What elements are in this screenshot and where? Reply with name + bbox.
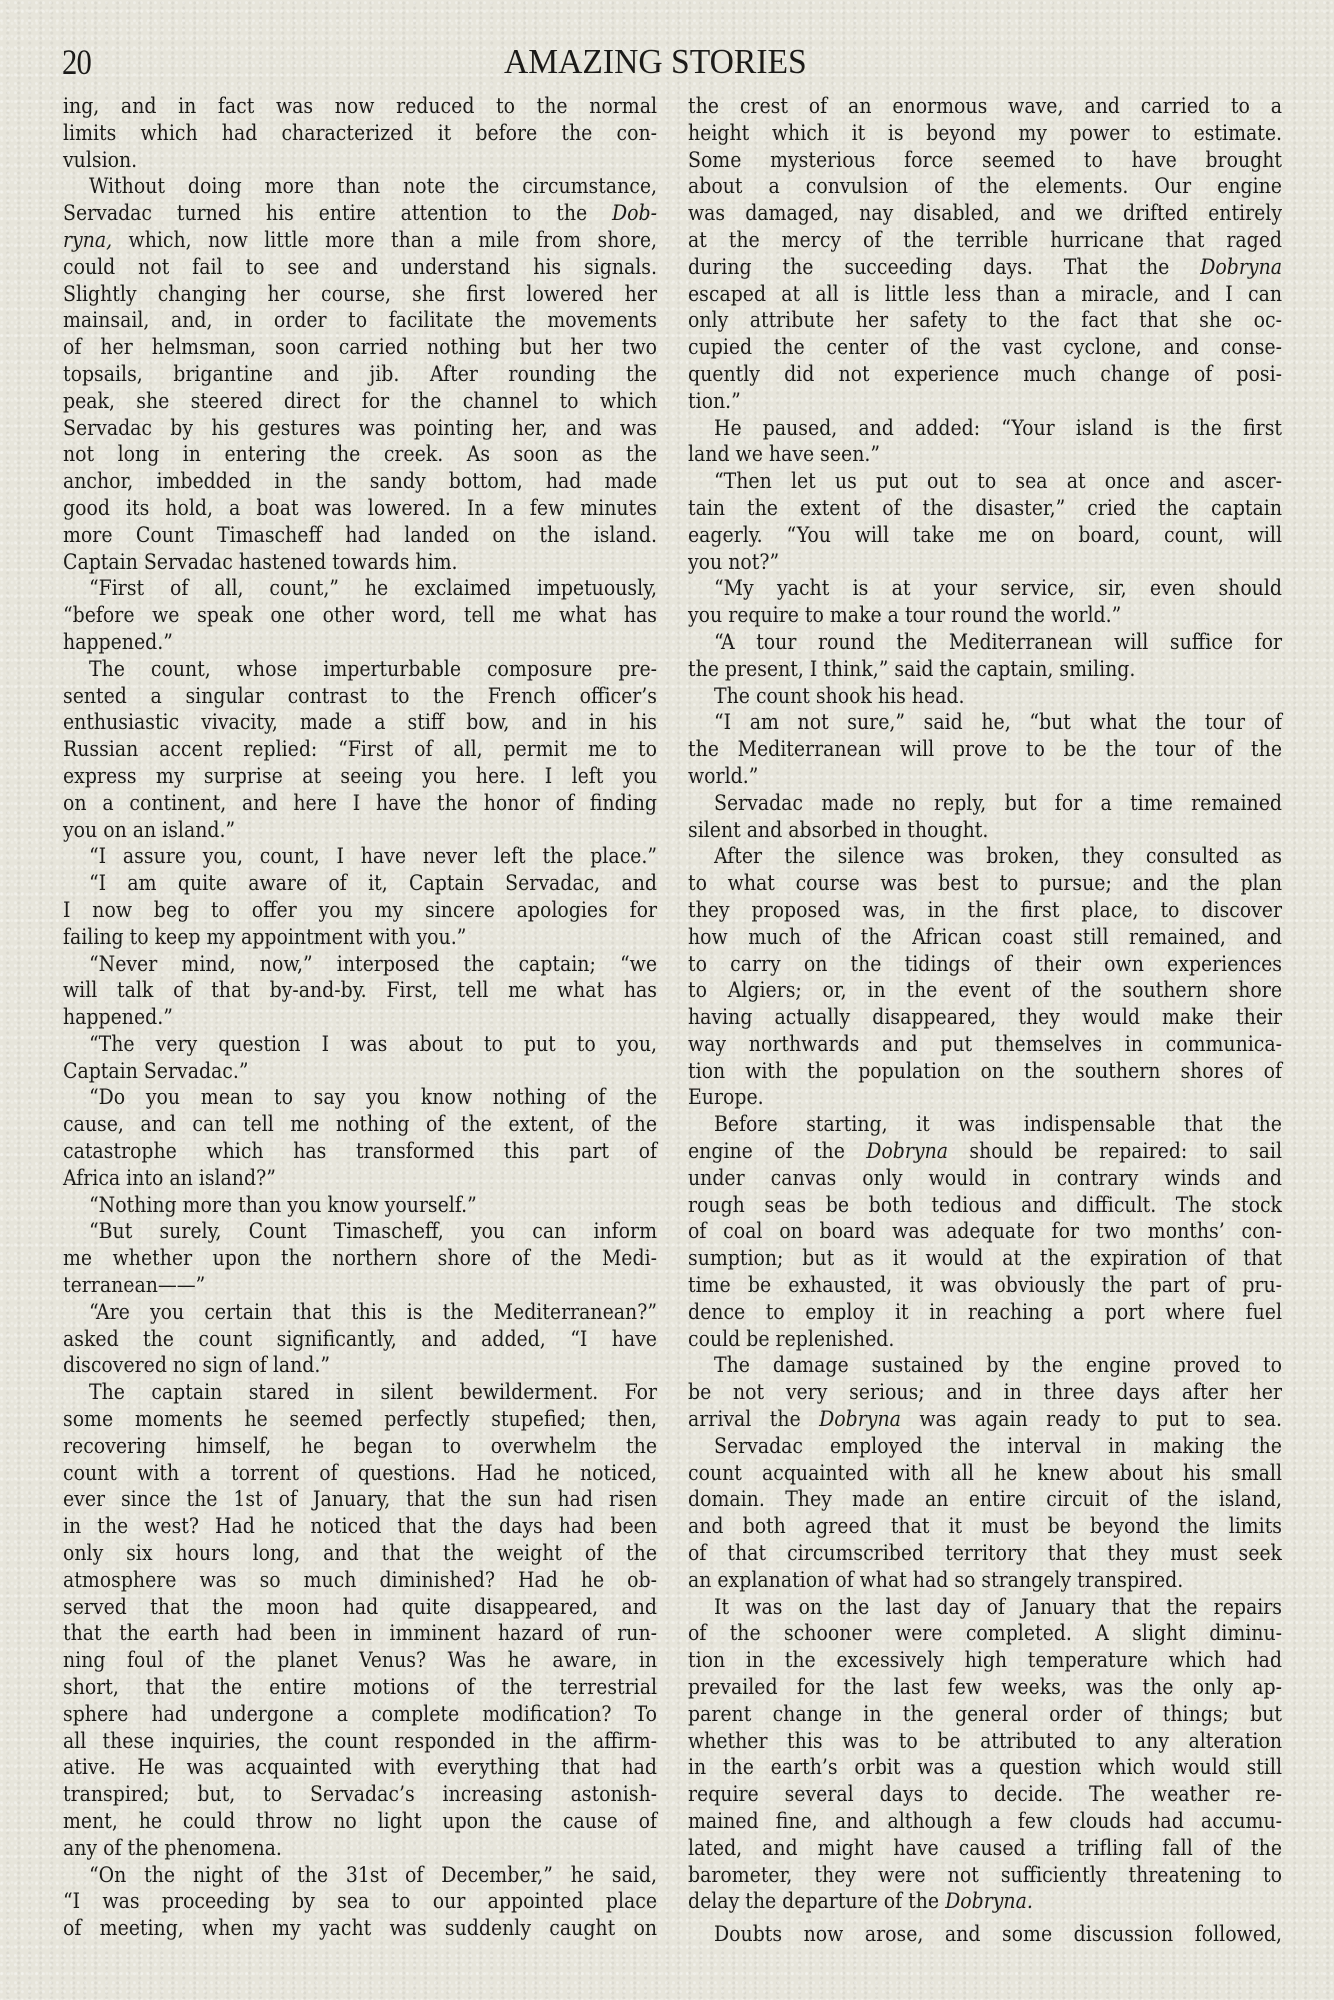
text-line: to Algiers; or, in the event of the sout… [688,977,1282,1004]
text-line: will talk of that by-and-by. First, tell… [63,977,657,1004]
text-line: you not?” [688,549,1282,576]
text-line: ative. He was acquainted with everything… [63,1754,657,1781]
text-line: ever since the 1st of January, that the … [63,1486,657,1513]
text-line: recovering himself, he began to overwhel… [63,1433,657,1460]
text-line: they proposed was, in the first place, t… [688,897,1282,924]
text-line: you require to make a tour round the wor… [688,602,1282,629]
text-line: the crest of an enormous wave, and carri… [688,93,1282,120]
text-line: quently did not experience much change o… [688,361,1282,388]
text-line: Russian accent replied: “First of all, p… [63,736,657,763]
text-line: an explanation of what had so strangely … [688,1567,1282,1594]
text-line: of coal on board was adequate for two mo… [688,1218,1282,1245]
text-line: “Then let us put out to sea at once and … [688,468,1282,495]
text-line: about a convulsion of the elements. Our … [688,173,1282,200]
italic-ship-name: Dobryna [866,1139,948,1163]
text-line: peak, she steered direct for the channel… [63,388,657,415]
text-line: “Do you mean to say you know nothing of … [63,1084,657,1111]
text-line: “The very question I was about to put to… [63,1031,657,1058]
text-line: asked the count significantly, and added… [63,1326,657,1353]
running-title: AMAZING STORIES [504,44,840,80]
text-line: during the succeeding days. That the Dob… [688,254,1282,281]
text-line: He paused, and added: “Your island is th… [688,415,1282,442]
text-line: vulsion. [63,147,657,174]
text-line: barometer, they were not sufficiently th… [688,1862,1282,1889]
italic-ship-name: Dobryna [819,1407,901,1431]
text-line: cupied the center of the vast cyclone, a… [688,334,1282,361]
text-line: Some mysterious force seemed to have bro… [688,147,1282,174]
text-line: count acquainted with all he knew about … [688,1460,1282,1487]
text-line: silent and absorbed in thought. [688,817,1282,844]
text-line: all these inquiries, the count responded… [63,1728,657,1755]
text-line: height which it is beyond my power to es… [688,120,1282,147]
text-line: “I was proceeding by sea to our appointe… [63,1888,657,1915]
text-line: short, that the entire motions of the te… [63,1674,657,1701]
text-line: topsails, brigantine and jib. After roun… [63,361,657,388]
text-line: time be exhausted, it was obviously the … [688,1272,1282,1299]
text-line: some moments he seemed perfectly stupefi… [63,1406,657,1433]
right-column: the crest of an enormous wave, and carri… [688,93,1282,1948]
text-line: any of the phenomena. [63,1835,657,1862]
text-line: sphere had undergone a complete modifica… [63,1701,657,1728]
text-line: ing, and in fact was now reduced to the … [63,93,657,120]
text-line: only six hours long, and that the weight… [63,1540,657,1567]
text-line: I now beg to offer you my sincere apolog… [63,897,657,924]
text-line: The count shook his head. [688,683,1282,710]
text-line: tion with the population on the southern… [688,1058,1282,1085]
text-line: rough seas be both tedious and difficult… [688,1192,1282,1219]
text-line: whether this was to be attributed to any… [688,1728,1282,1755]
text-line: delay the departure of the Dobryna. [688,1888,1282,1915]
text-line: “before we speak one other word, tell me… [63,602,657,629]
text-line: sumption; but as it would at the expirat… [688,1245,1282,1272]
text-line: “But surely, Count Timascheff, you can i… [63,1218,657,1245]
text-line: discovered no sign of land.” [63,1352,657,1379]
text-line: parent change in the general order of th… [688,1701,1282,1728]
text-line: Servadac turned his entire attention to … [63,200,657,227]
left-column: ing, and in fact was now reduced to the … [63,93,657,1942]
text-line: you on an island.” [63,817,657,844]
text-line: Servadac made no reply, but for a time r… [688,790,1282,817]
text-line: to what course was best to pursue; and t… [688,870,1282,897]
text-line: way northwards and put themselves in com… [688,1031,1282,1058]
text-line: “I am quite aware of it, Captain Servada… [63,870,657,897]
text-line: The count, whose imperturbable composure… [63,656,657,683]
text-line: terranean——” [63,1272,657,1299]
text-line: on a continent, and here I have the hono… [63,790,657,817]
text-line: Servadac employed the interval in making… [688,1433,1282,1460]
text-line: limits which had characterized it before… [63,120,657,147]
text-line: at the mercy of the terrible hurricane t… [688,227,1282,254]
text-line: transpired; but, to Servadac’s increasin… [63,1781,657,1808]
italic-ship-name: Dobryna. [945,1889,1033,1913]
text-line: could be replenished. [688,1326,1282,1353]
text-line: “On the night of the 31st of December,” … [63,1862,657,1889]
text-line: ment, he could throw no light upon the c… [63,1808,657,1835]
text-line: “I assure you, count, I have never left … [63,843,657,870]
text-line: tion in the excessively high temperature… [688,1647,1282,1674]
text-line: how much of the African coast still rema… [688,924,1282,951]
text-line: engine of the Dobryna should be repaired… [688,1138,1282,1165]
text-line: more Count Timascheff had landed on the … [63,522,657,549]
text-line: cause, and can tell me nothing of the ex… [63,1111,657,1138]
text-line: tain the extent of the disaster,” cried … [688,495,1282,522]
text-line: eagerly. “You will take me on board, cou… [688,522,1282,549]
text-line: of that circumscribed territory that the… [688,1540,1282,1567]
text-line: be not very serious; and in three days a… [688,1379,1282,1406]
text-line: prevailed for the last few weeks, was th… [688,1674,1282,1701]
text-line: under canvas only would in contrary wind… [688,1165,1282,1192]
text-line: not long in entering the creek. As soon … [63,441,657,468]
text-line: Before starting, it was indispensable th… [688,1111,1282,1138]
text-line: Doubts now arose, and some discussion fo… [688,1921,1282,1948]
text-line: world.” [688,763,1282,790]
text-line: of the schooner were completed. A slight… [688,1620,1282,1647]
text-line: enthusiastic vivacity, made a stiff bow,… [63,709,657,736]
italic-ship-name: Dob- [612,201,657,225]
page-number: 20 [62,44,91,80]
text-line: mainsail, and, in order to facilitate th… [63,307,657,334]
text-line: failing to keep my appointment with you.… [63,924,657,951]
text-line: Captain Servadac hastened towards him. [63,549,657,576]
text-line: Without doing more than note the circums… [63,173,657,200]
text-line: count with a torrent of questions. Had h… [63,1460,657,1487]
text-line: require several days to decide. The weat… [688,1781,1282,1808]
text-line: dence to employ it in reaching a port wh… [688,1299,1282,1326]
text-line: anchor, imbedded in the sandy bottom, ha… [63,468,657,495]
text-line: could not fail to see and understand his… [63,254,657,281]
text-line: tion.” [688,388,1282,415]
text-line: good its hold, a boat was lowered. In a … [63,495,657,522]
text-line: happened.” [63,1004,657,1031]
text-line: “I am not sure,” said he, “but what the … [688,709,1282,736]
text-line: only attribute her safety to the fact th… [688,307,1282,334]
text-line: the Mediterranean will prove to be the t… [688,736,1282,763]
text-line: After the silence was broken, they consu… [688,843,1282,870]
text-line: me whether upon the northern shore of th… [63,1245,657,1272]
text-line: lated, and might have caused a trifling … [688,1835,1282,1862]
text-line: ryna, which, now little more than a mile… [63,227,657,254]
text-line: land we have seen.” [688,441,1282,468]
text-line: that the earth had been in imminent haza… [63,1620,657,1647]
italic-ship-name: ryna, [63,228,112,252]
text-line: of her helmsman, soon carried nothing bu… [63,334,657,361]
text-line: in the west? Had he noticed that the day… [63,1513,657,1540]
text-line: was damaged, nay disabled, and we drifte… [688,200,1282,227]
text-line: to carry on the tidings of their own exp… [688,951,1282,978]
text-line: atmosphere was so much diminished? Had h… [63,1567,657,1594]
text-line: ning foul of the planet Venus? Was he aw… [63,1647,657,1674]
text-line: “Never mind, now,” interposed the captai… [63,951,657,978]
text-line: domain. They made an entire circuit of t… [688,1486,1282,1513]
text-line: Slightly changing her course, she first … [63,281,657,308]
text-line: Africa into an island?” [63,1165,657,1192]
text-line: The damage sustained by the engine prove… [688,1352,1282,1379]
text-line: It was on the last day of January that t… [688,1594,1282,1621]
text-line: served that the moon had quite disappear… [63,1594,657,1621]
text-line: The captain stared in silent bewildermen… [63,1379,657,1406]
text-line: arrival the Dobryna was again ready to p… [688,1406,1282,1433]
text-line: “Nothing more than you know yourself.” [63,1192,657,1219]
text-line: happened.” [63,629,657,656]
text-line: escaped at all is little less than a mir… [688,281,1282,308]
text-line: “A tour round the Mediterranean will suf… [688,629,1282,656]
text-line: the present, I think,” said the captain,… [688,656,1282,683]
text-line: of meeting, when my yacht was suddenly c… [63,1915,657,1942]
italic-ship-name: Dobryna [1200,255,1282,279]
text-line: Servadac by his gestures was pointing he… [63,415,657,442]
text-line: in the earth’s orbit was a question whic… [688,1754,1282,1781]
text-line: Captain Servadac.” [63,1058,657,1085]
text-line: and both agreed that it must be beyond t… [688,1513,1282,1540]
text-line: mained fine, and although a few clouds h… [688,1808,1282,1835]
text-line: express my surprise at seeing you here. … [63,763,657,790]
text-line: catastrophe which has transformed this p… [63,1138,657,1165]
text-line: “Are you certain that this is the Medite… [63,1299,657,1326]
text-line: Europe. [688,1084,1282,1111]
text-line: “My yacht is at your service, sir, even … [688,575,1282,602]
text-line: having actually disappeared, they would … [688,1004,1282,1031]
text-line: sented a singular contrast to the French… [63,683,657,710]
text-line: “First of all, count,” he exclaimed impe… [63,575,657,602]
